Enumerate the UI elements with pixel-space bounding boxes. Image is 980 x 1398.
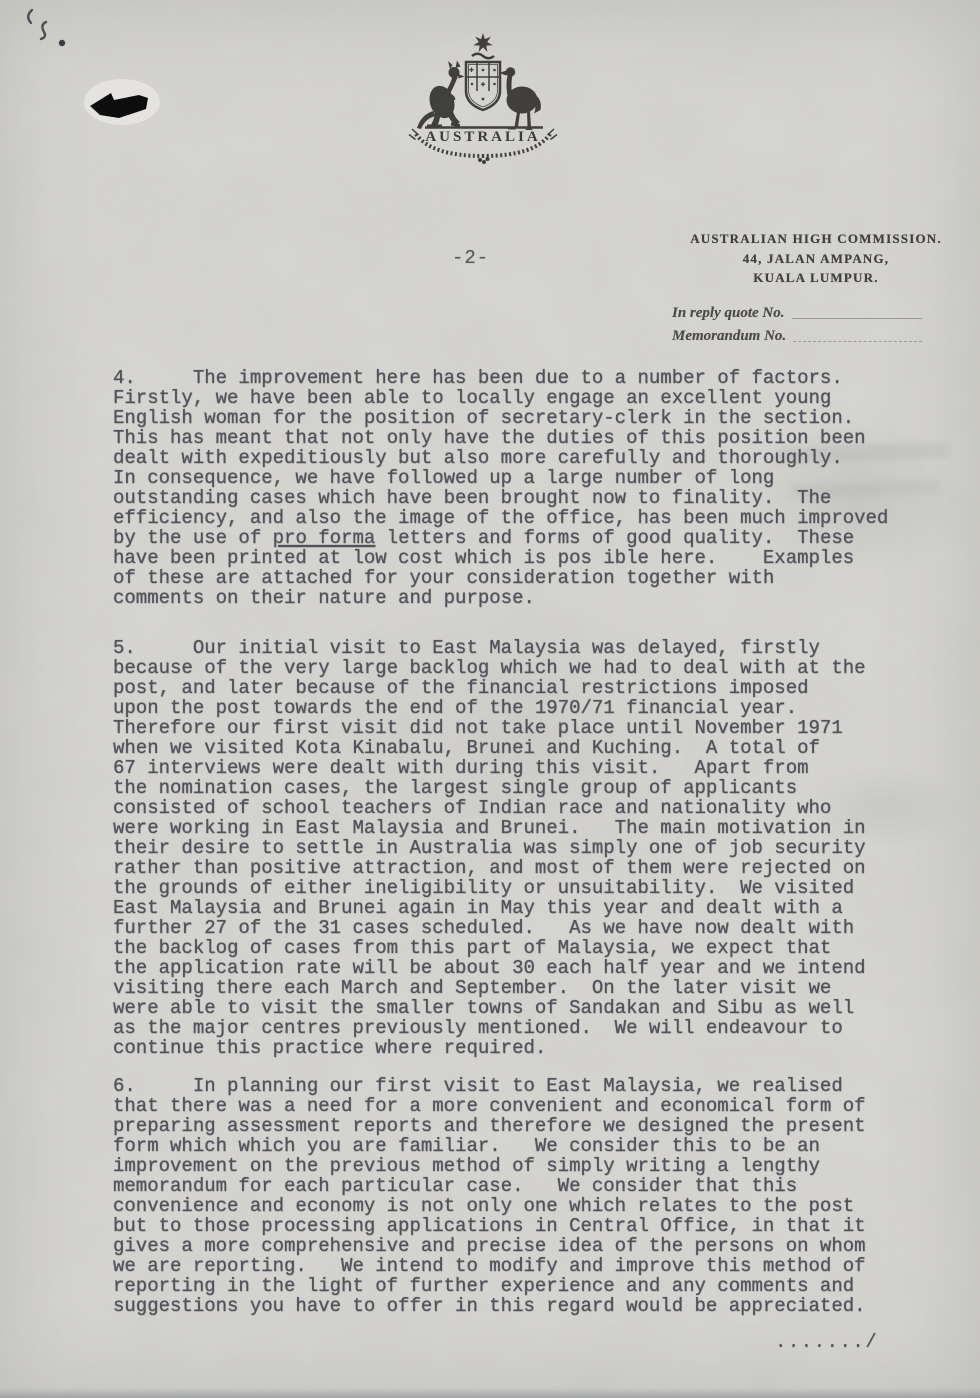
australia-banner-text: AUSTRALIA: [425, 129, 540, 145]
scanned-memorandum-page: AUSTRALIA -2- AUSTRALIAN HIGH COMMISSION…: [0, 0, 980, 1398]
letterhead: AUSTRALIAN HIGH COMMISSION. 44, JALAN AM…: [686, 229, 946, 288]
letterhead-org-name: AUSTRALIAN HIGH COMMISSION.: [686, 229, 946, 249]
reply-quote-row: In reply quote No.: [672, 300, 922, 322]
memorandum-number-label: Memorandum No.: [672, 327, 793, 345]
reply-quote-blank-line: [792, 318, 923, 319]
pencil-annotation: [16, 2, 80, 54]
paragraph-6: 6. In planning our first visit to East M…: [113, 1076, 866, 1316]
ink-blot: [80, 76, 166, 128]
kangaroo-icon: [417, 61, 465, 130]
reply-quote-label: In reply quote No.: [672, 304, 792, 322]
australian-coat-of-arms-emblem: AUSTRALIA: [396, 26, 570, 176]
scan-edge: [0, 1388, 980, 1398]
letterhead-address-line: 44, JALAN AMPANG,: [686, 249, 946, 269]
commonwealth-star-icon: [473, 33, 493, 52]
memorandum-number-row: Memorandum No.: [672, 323, 922, 345]
shield-icon: [466, 62, 500, 110]
continuation-mark: ......./: [775, 1332, 878, 1352]
letterhead-city-line: KUALA LUMPUR.: [686, 268, 946, 288]
paragraph-4: 4. The improvement here has been due to …: [113, 368, 888, 608]
paragraph-5: 5. Our initial visit to East Malaysia wa…: [113, 638, 866, 1058]
memorandum-number-blank-line: [793, 341, 922, 342]
emu-icon: [499, 67, 541, 130]
page-number: -2-: [452, 248, 489, 268]
